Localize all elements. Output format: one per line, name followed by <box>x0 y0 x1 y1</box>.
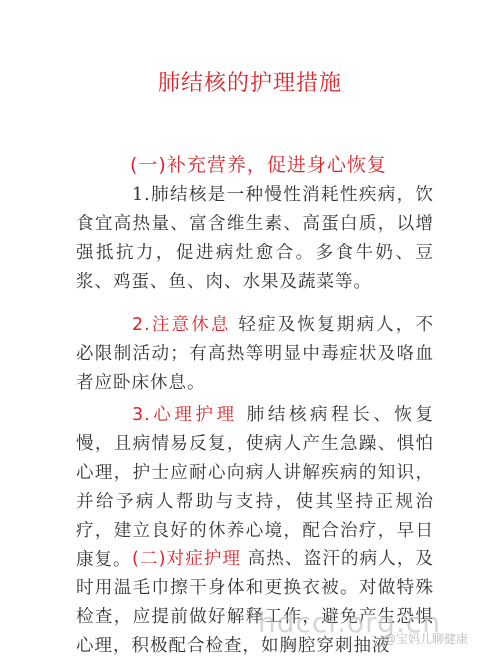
document-title: 肺结核的护理措施 <box>0 66 500 97</box>
paragraph-rest: 2.注意休息 轻症及恢复期病人，不必限制活动；有高热等明显中毒症状及咯血者应卧床… <box>76 311 434 398</box>
paragraph-text: 1.肺结核是一种慢性消耗性疾病，饮食宜高热量、富含维生素、高蛋白质，以增强抵抗力… <box>76 185 434 292</box>
paragraph-text: 轻症及恢复期病人，不必限制活动；有高热等明显中毒症状及咯血者应卧床休息。 <box>76 315 434 393</box>
paragraph-symptomatic-care: (二)对症护理 高热、盗汗的病人，及时用温毛巾擦干身体和更换衣被。对做特殊检查，… <box>76 545 434 656</box>
account-watermark: @宝妈儿聊健康 <box>384 630 468 647</box>
paragraph-text: 高热、盗汗的病人，及时用温毛巾擦干身体和更换衣被。对做特殊检查，应提前做好解释工… <box>76 549 434 656</box>
section-heading-nutrition: (一)补充营养，促进身心恢复 <box>130 150 387 177</box>
document-page: 肺结核的护理措施 (一)补充营养，促进身心恢复 1.肺结核是一种慢性消耗性疾病，… <box>0 0 500 656</box>
paragraph-lead: 2.注意休息 <box>132 315 231 335</box>
paragraph-lead: 3.心理护理 <box>132 405 238 425</box>
paragraph-lead: (二)对症护理 <box>132 549 241 569</box>
paragraph-nutrition: 1.肺结核是一种慢性消耗性疾病，饮食宜高热量、富含维生素、高蛋白质，以增强抵抗力… <box>76 181 434 297</box>
